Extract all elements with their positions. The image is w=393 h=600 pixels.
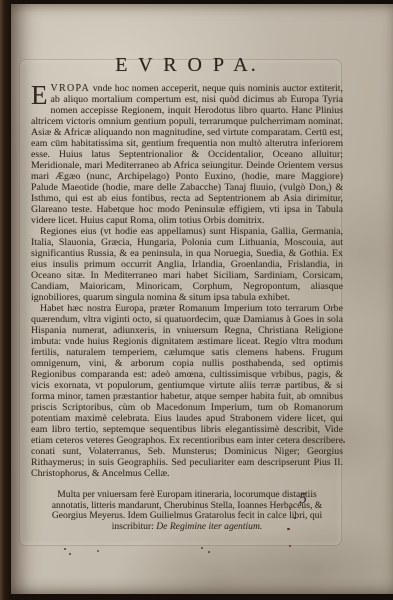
ink-speck [294,517,296,519]
paragraph-regions: Regiones eius (vt hodie eas appellamus) … [31,226,343,303]
book-page: E V R O P A. EVROPA vnde hoc nomen accep… [11,4,393,594]
ink-speck [289,508,291,510]
paragraph-europa-intro: EVROPA vnde hoc nomen acceperit, neque q… [31,83,343,226]
ink-speck [343,441,345,443]
page-title: E V R O P A. [31,54,343,77]
ink-speck [69,553,71,555]
paragraph-3-text: Habet hæc nostra Europa, præter Romanum … [31,303,343,479]
paragraph-itineraries: Multa per vniuersam ferè Europam itinera… [31,490,343,532]
ink-speck [289,545,291,547]
ink-speck [97,550,99,552]
ink-speck [64,548,66,550]
drop-cap-e: E [31,84,48,106]
lead-word-europa: VROPA [51,83,90,94]
handwritten-page-number: 5 [298,492,308,508]
ink-speck [287,528,290,530]
ink-speck [201,547,203,549]
paragraph-1-text: vnde hoc nomen acceperit, neque quis nom… [31,83,343,226]
paragraph-kingdoms: Habet hæc nostra Europa, præter Romanum … [31,303,343,479]
paragraph-2-text: Regiones eius (vt hodie eas appellamus) … [31,226,343,303]
photo-frame: E V R O P A. EVROPA vnde hoc nomen accep… [0,0,393,600]
ink-speck [208,551,210,553]
text-block: E V R O P A. EVROPA vnde hoc nomen accep… [31,54,343,532]
cited-book-title: De Regimine iter agentium. [156,521,262,532]
